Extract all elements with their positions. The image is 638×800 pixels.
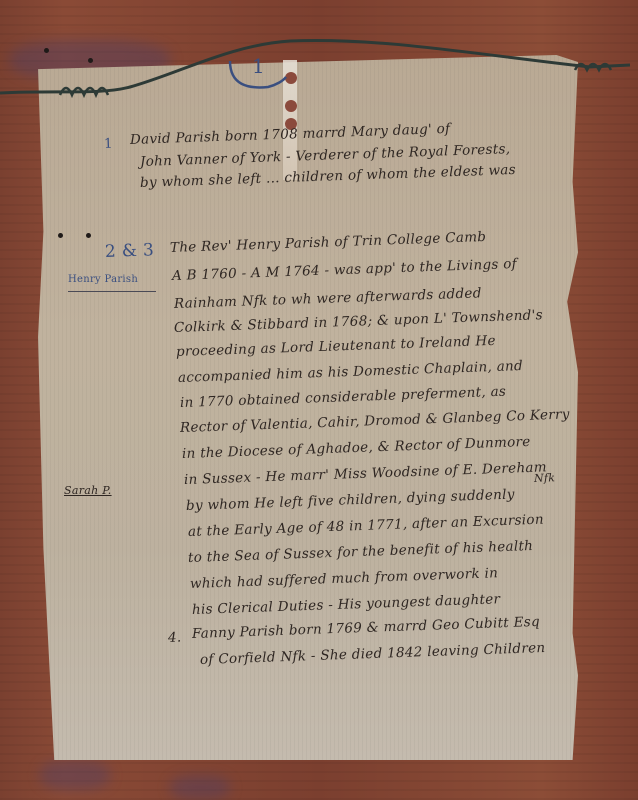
nail-hole	[86, 233, 91, 238]
frame-stain	[170, 775, 230, 800]
frame-stain	[40, 760, 110, 790]
margin-note-henry-parish: Henry Parish	[68, 274, 156, 292]
nail-hole	[44, 48, 49, 53]
entry-1-marker: 1	[104, 136, 113, 152]
nail-hole	[58, 233, 63, 238]
page-number: 1	[252, 54, 265, 78]
margin-note-sarah: Sarah P.	[64, 484, 112, 497]
entry-4-marker: 4.	[168, 630, 182, 646]
nail-hole	[88, 58, 93, 63]
entry-2-3-marker: 2 & 3	[105, 240, 155, 262]
rust-stain	[285, 100, 297, 112]
entry-2-ditto-note: Nfk	[534, 471, 556, 485]
